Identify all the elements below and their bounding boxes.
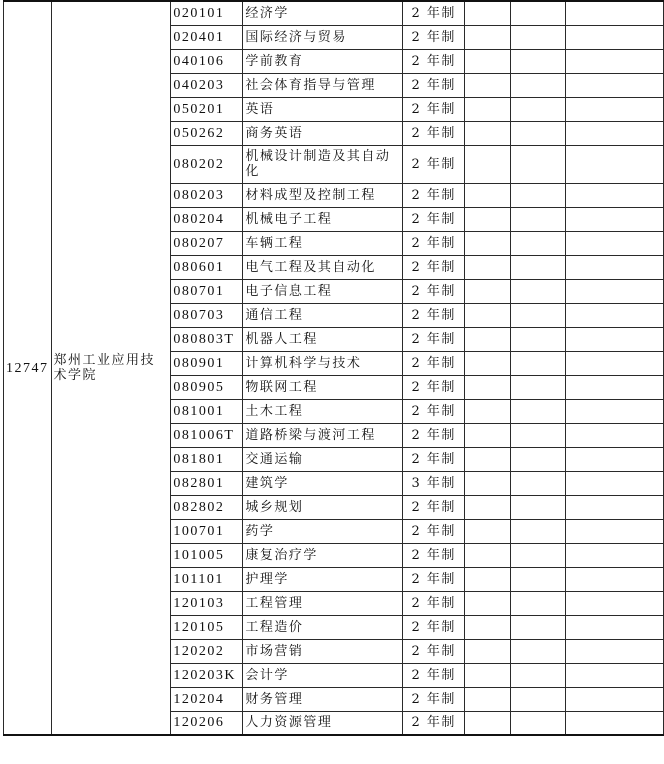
empty-cell xyxy=(511,471,566,495)
major-duration: 2 年制 xyxy=(403,97,465,121)
empty-cell xyxy=(511,543,566,567)
major-name: 国际经济与贸易 xyxy=(243,25,403,49)
empty-cell xyxy=(465,25,511,49)
empty-cell xyxy=(465,663,511,687)
major-duration: 2 年制 xyxy=(403,519,465,543)
empty-cell xyxy=(511,639,566,663)
empty-cell xyxy=(511,711,566,735)
major-name: 英语 xyxy=(243,97,403,121)
major-name: 材料成型及控制工程 xyxy=(243,183,403,207)
major-duration: 2 年制 xyxy=(403,73,465,97)
major-code: 040203 xyxy=(171,73,243,97)
major-code: 081006T xyxy=(171,423,243,447)
major-duration: 2 年制 xyxy=(403,351,465,375)
empty-cell xyxy=(465,399,511,423)
major-name: 道路桥梁与渡河工程 xyxy=(243,423,403,447)
empty-cell xyxy=(465,97,511,121)
major-name: 学前教育 xyxy=(243,49,403,73)
major-code: 040106 xyxy=(171,49,243,73)
empty-cell xyxy=(566,375,664,399)
majors-table: 12747郑州工业应用技术学院020101经济学2 年制020401国际经济与贸… xyxy=(3,0,664,736)
empty-cell xyxy=(465,591,511,615)
major-name: 物联网工程 xyxy=(243,375,403,399)
major-code: 080901 xyxy=(171,351,243,375)
major-duration: 2 年制 xyxy=(403,183,465,207)
major-duration: 2 年制 xyxy=(403,121,465,145)
empty-cell xyxy=(511,231,566,255)
empty-cell xyxy=(511,303,566,327)
empty-cell xyxy=(511,423,566,447)
empty-cell xyxy=(465,231,511,255)
empty-cell xyxy=(465,49,511,73)
empty-cell xyxy=(465,207,511,231)
empty-cell xyxy=(511,399,566,423)
major-code: 050201 xyxy=(171,97,243,121)
major-name: 药学 xyxy=(243,519,403,543)
empty-cell xyxy=(566,1,664,25)
major-code: 120105 xyxy=(171,615,243,639)
empty-cell xyxy=(465,73,511,97)
empty-cell xyxy=(511,375,566,399)
major-code: 050262 xyxy=(171,121,243,145)
empty-cell xyxy=(465,279,511,303)
major-name: 机器人工程 xyxy=(243,327,403,351)
empty-cell xyxy=(465,375,511,399)
major-code: 120202 xyxy=(171,639,243,663)
empty-cell xyxy=(511,591,566,615)
empty-cell xyxy=(566,615,664,639)
major-duration: 2 年制 xyxy=(403,447,465,471)
empty-cell xyxy=(511,183,566,207)
major-name: 工程管理 xyxy=(243,591,403,615)
major-code: 080204 xyxy=(171,207,243,231)
empty-cell xyxy=(465,639,511,663)
major-code: 080202 xyxy=(171,145,243,183)
empty-cell xyxy=(566,687,664,711)
empty-cell xyxy=(566,663,664,687)
empty-cell xyxy=(566,591,664,615)
major-duration: 2 年制 xyxy=(403,399,465,423)
empty-cell xyxy=(566,255,664,279)
major-duration: 2 年制 xyxy=(403,231,465,255)
major-name: 康复治疗学 xyxy=(243,543,403,567)
major-name: 城乡规划 xyxy=(243,495,403,519)
empty-cell xyxy=(465,471,511,495)
major-duration: 2 年制 xyxy=(403,25,465,49)
major-code: 080207 xyxy=(171,231,243,255)
major-code: 080601 xyxy=(171,255,243,279)
empty-cell xyxy=(566,25,664,49)
major-duration: 2 年制 xyxy=(403,303,465,327)
major-code: 080905 xyxy=(171,375,243,399)
empty-cell xyxy=(465,183,511,207)
major-duration: 2 年制 xyxy=(403,327,465,351)
empty-cell xyxy=(465,121,511,145)
major-name: 车辆工程 xyxy=(243,231,403,255)
major-duration: 2 年制 xyxy=(403,279,465,303)
empty-cell xyxy=(511,145,566,183)
empty-cell xyxy=(511,567,566,591)
empty-cell xyxy=(465,255,511,279)
major-code: 020101 xyxy=(171,1,243,25)
major-duration: 2 年制 xyxy=(403,495,465,519)
major-name: 会计学 xyxy=(243,663,403,687)
empty-cell xyxy=(566,231,664,255)
empty-cell xyxy=(465,423,511,447)
major-name: 土木工程 xyxy=(243,399,403,423)
empty-cell xyxy=(511,49,566,73)
major-code: 120103 xyxy=(171,591,243,615)
major-name: 电子信息工程 xyxy=(243,279,403,303)
major-name: 工程造价 xyxy=(243,615,403,639)
major-duration: 2 年制 xyxy=(403,543,465,567)
empty-cell xyxy=(566,207,664,231)
major-name: 人力资源管理 xyxy=(243,711,403,735)
empty-cell xyxy=(566,97,664,121)
empty-cell xyxy=(511,687,566,711)
empty-cell xyxy=(511,207,566,231)
empty-cell xyxy=(566,303,664,327)
table-row: 12747郑州工业应用技术学院020101经济学2 年制 xyxy=(4,1,664,25)
major-code: 080701 xyxy=(171,279,243,303)
empty-cell xyxy=(511,25,566,49)
major-name: 护理学 xyxy=(243,567,403,591)
institution-code: 12747 xyxy=(4,1,52,735)
empty-cell xyxy=(511,495,566,519)
empty-cell xyxy=(566,145,664,183)
major-name: 财务管理 xyxy=(243,687,403,711)
major-duration: 2 年制 xyxy=(403,615,465,639)
major-duration: 2 年制 xyxy=(403,687,465,711)
empty-cell xyxy=(566,351,664,375)
empty-cell xyxy=(511,519,566,543)
empty-cell xyxy=(511,1,566,25)
major-duration: 2 年制 xyxy=(403,145,465,183)
empty-cell xyxy=(566,279,664,303)
empty-cell xyxy=(465,519,511,543)
major-code: 080703 xyxy=(171,303,243,327)
empty-cell xyxy=(465,327,511,351)
major-code: 101101 xyxy=(171,567,243,591)
empty-cell xyxy=(465,711,511,735)
empty-cell xyxy=(465,303,511,327)
major-code: 082802 xyxy=(171,495,243,519)
major-duration: 2 年制 xyxy=(403,207,465,231)
major-duration: 2 年制 xyxy=(403,423,465,447)
major-name: 商务英语 xyxy=(243,121,403,145)
major-code: 082801 xyxy=(171,471,243,495)
empty-cell xyxy=(566,399,664,423)
empty-cell xyxy=(566,471,664,495)
major-duration: 2 年制 xyxy=(403,567,465,591)
major-code: 120203K xyxy=(171,663,243,687)
empty-cell xyxy=(566,73,664,97)
empty-cell xyxy=(465,567,511,591)
major-code: 120204 xyxy=(171,687,243,711)
empty-cell xyxy=(566,183,664,207)
major-code: 120206 xyxy=(171,711,243,735)
empty-cell xyxy=(511,615,566,639)
empty-cell xyxy=(511,447,566,471)
major-name: 市场营销 xyxy=(243,639,403,663)
empty-cell xyxy=(566,543,664,567)
major-duration: 2 年制 xyxy=(403,49,465,73)
empty-cell xyxy=(511,255,566,279)
empty-cell xyxy=(465,495,511,519)
empty-cell xyxy=(566,639,664,663)
empty-cell xyxy=(566,447,664,471)
major-code: 080803T xyxy=(171,327,243,351)
major-name: 建筑学 xyxy=(243,471,403,495)
major-code: 081001 xyxy=(171,399,243,423)
empty-cell xyxy=(566,49,664,73)
empty-cell xyxy=(566,495,664,519)
empty-cell xyxy=(511,279,566,303)
empty-cell xyxy=(566,121,664,145)
major-duration: 2 年制 xyxy=(403,639,465,663)
empty-cell xyxy=(511,663,566,687)
empty-cell xyxy=(511,97,566,121)
major-duration: 2 年制 xyxy=(403,711,465,735)
major-name: 交通运输 xyxy=(243,447,403,471)
major-code: 100701 xyxy=(171,519,243,543)
empty-cell xyxy=(566,327,664,351)
empty-cell xyxy=(511,121,566,145)
major-code: 101005 xyxy=(171,543,243,567)
empty-cell xyxy=(566,423,664,447)
major-code: 081801 xyxy=(171,447,243,471)
major-duration: 2 年制 xyxy=(403,255,465,279)
empty-cell xyxy=(465,687,511,711)
empty-cell xyxy=(465,145,511,183)
empty-cell xyxy=(566,519,664,543)
empty-cell xyxy=(566,711,664,735)
major-code: 020401 xyxy=(171,25,243,49)
empty-cell xyxy=(465,447,511,471)
major-name: 计算机科学与技术 xyxy=(243,351,403,375)
major-code: 080203 xyxy=(171,183,243,207)
empty-cell xyxy=(465,543,511,567)
empty-cell xyxy=(511,327,566,351)
empty-cell xyxy=(465,351,511,375)
empty-cell xyxy=(511,73,566,97)
empty-cell xyxy=(465,1,511,25)
institution-name: 郑州工业应用技术学院 xyxy=(51,1,171,735)
major-name: 经济学 xyxy=(243,1,403,25)
empty-cell xyxy=(511,351,566,375)
major-duration: 2 年制 xyxy=(403,1,465,25)
major-duration: 2 年制 xyxy=(403,591,465,615)
major-duration: 3 年制 xyxy=(403,471,465,495)
major-duration: 2 年制 xyxy=(403,663,465,687)
empty-cell xyxy=(465,615,511,639)
major-name: 机械电子工程 xyxy=(243,207,403,231)
major-name: 机械设计制造及其自动化 xyxy=(243,145,403,183)
major-name: 通信工程 xyxy=(243,303,403,327)
major-duration: 2 年制 xyxy=(403,375,465,399)
major-name: 电气工程及其自动化 xyxy=(243,255,403,279)
major-name: 社会体育指导与管理 xyxy=(243,73,403,97)
empty-cell xyxy=(566,567,664,591)
